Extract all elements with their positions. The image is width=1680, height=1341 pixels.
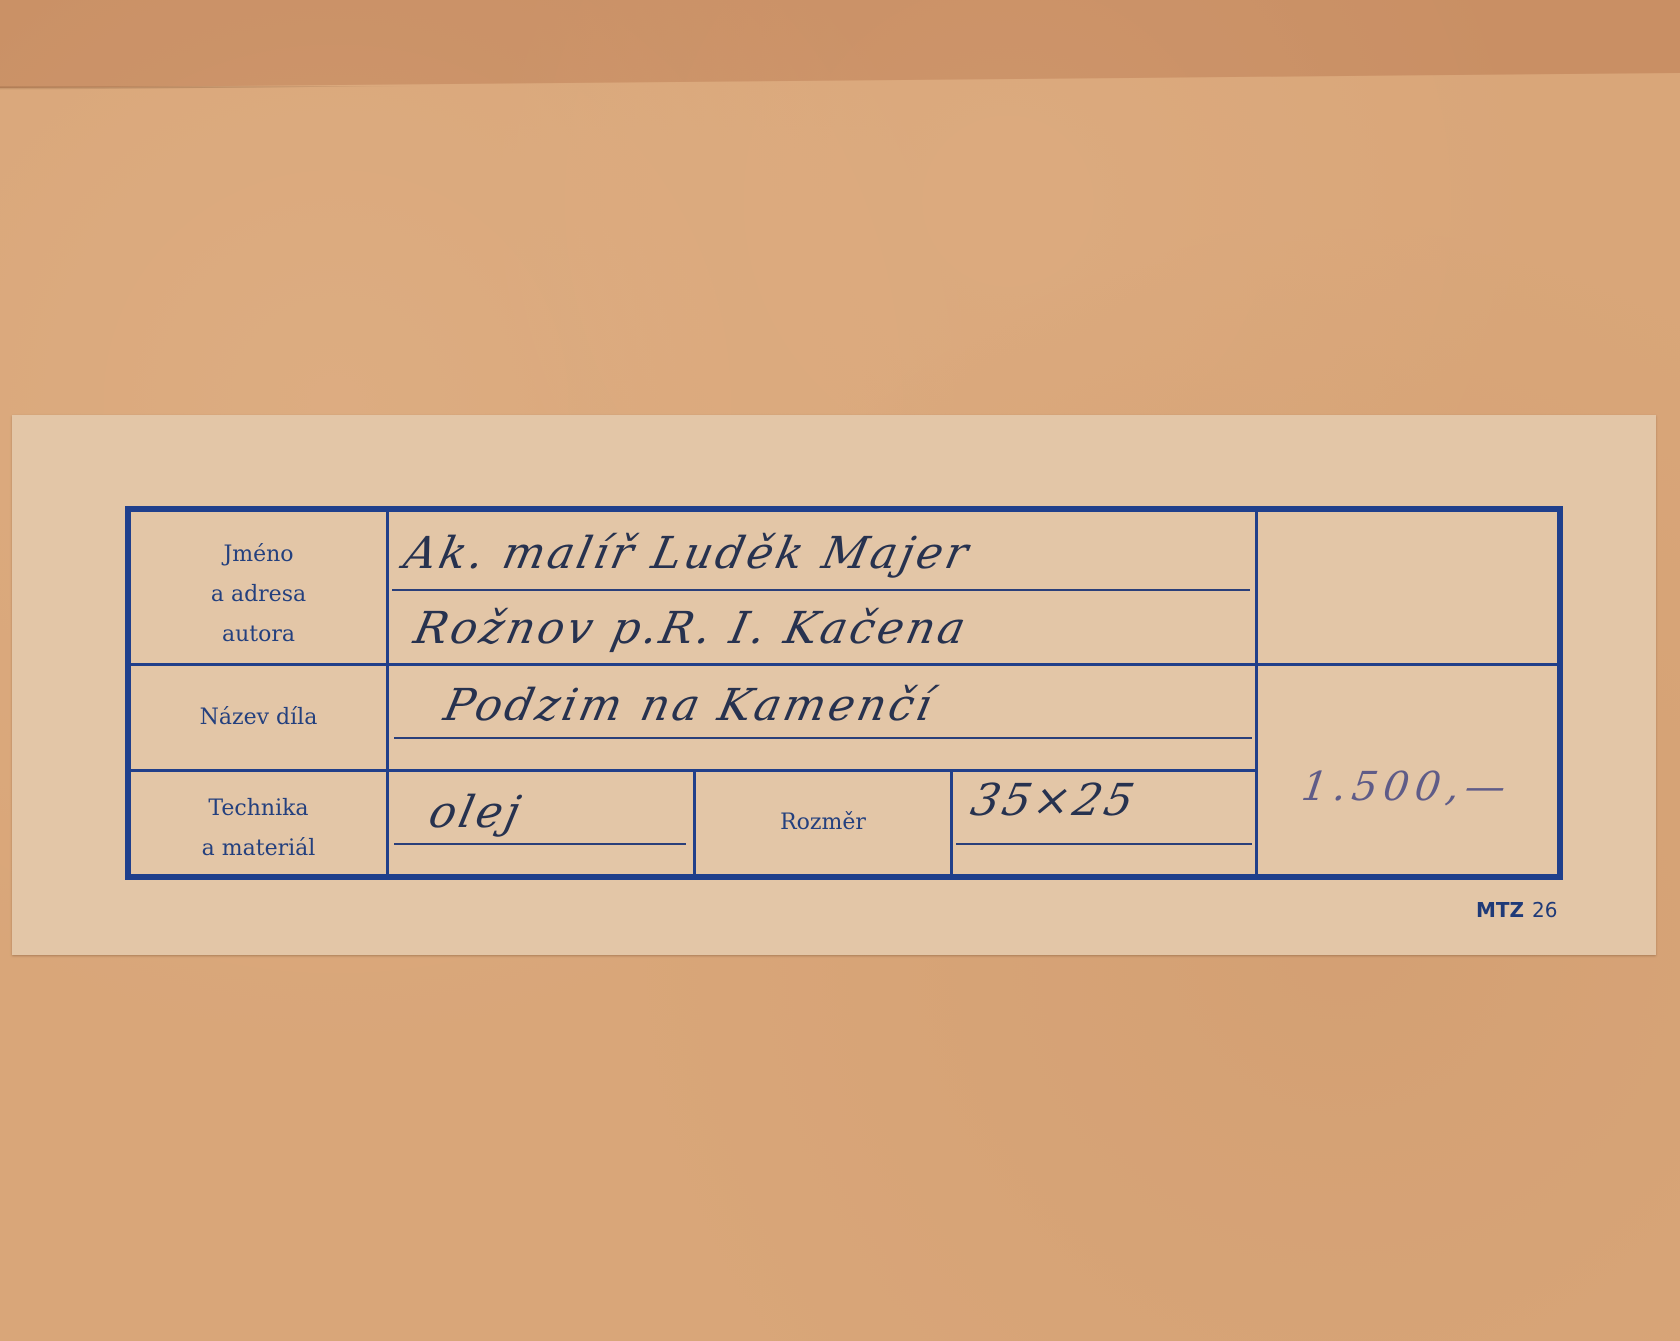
form-code-number: 26 [1532, 898, 1557, 922]
author-writing-line [392, 589, 1250, 591]
form-code-prefix: MTZ [1476, 898, 1524, 922]
divider-size-value [950, 772, 953, 876]
handwritten-price: 1.500,— [1299, 764, 1515, 810]
title-writing-line [394, 737, 1252, 739]
author-label-line-3: autora [131, 615, 386, 655]
size-field-label: Rozměr [696, 803, 950, 843]
author-field-label: Jméno a adresa autora [131, 535, 386, 655]
row-divider-title [131, 769, 1257, 772]
technique-writing-line [394, 843, 686, 845]
handwritten-technique: olej [425, 787, 528, 838]
technique-label-line-1: Technika [131, 789, 386, 829]
cardboard-band-edge [0, 0, 1680, 90]
form-code: MTZ26 [1476, 898, 1558, 922]
size-writing-line [956, 843, 1252, 845]
handwritten-author-address: Rožnov p.R. I. Kačena [410, 603, 973, 654]
divider-label-column [386, 510, 389, 876]
handwritten-title: Podzim na Kamenčí [440, 680, 940, 731]
technique-label-line-2: a materiál [131, 829, 386, 869]
title-field-label: Název díla [131, 698, 386, 738]
technique-field-label: Technika a materiál [131, 789, 386, 869]
author-label-line-2: a adresa [131, 575, 386, 615]
divider-right-column [1255, 510, 1258, 876]
row-divider-author [131, 663, 1557, 666]
handwritten-size: 35×25 [967, 775, 1142, 826]
handwritten-author-name: Ak. malíř Luděk Majer [400, 528, 976, 579]
author-label-line-1: Jméno [131, 535, 386, 575]
